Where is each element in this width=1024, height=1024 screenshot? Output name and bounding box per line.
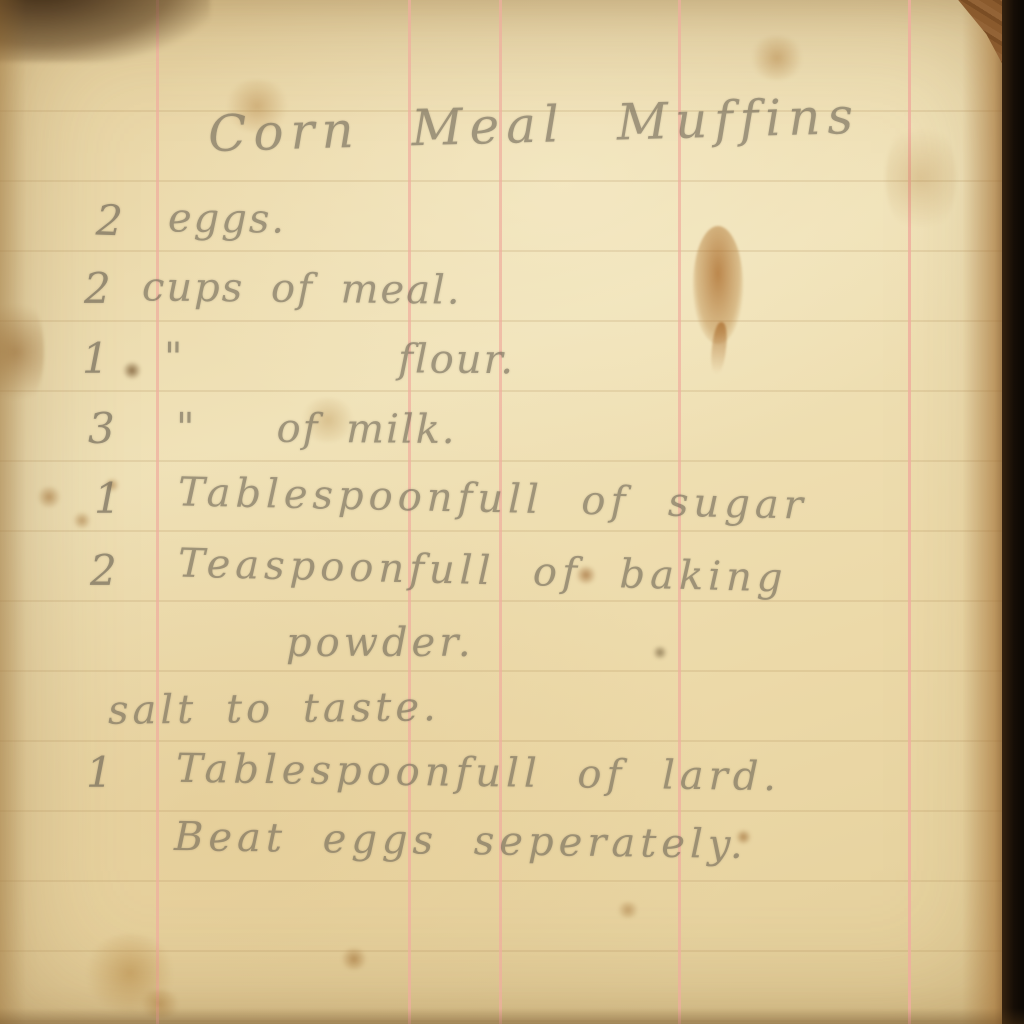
ledger-rule-line xyxy=(908,0,911,1024)
ledger-rule-line xyxy=(156,0,159,1024)
page-edge-shade xyxy=(0,0,26,1024)
ledger-rule-line xyxy=(499,0,502,1024)
ledger-page: Corn Meal Muffins 2 eggs. 2 cups of meal… xyxy=(0,0,1024,1024)
ledger-rule-line xyxy=(678,0,681,1024)
photo-of-recipe-page: Corn Meal Muffins 2 eggs. 2 cups of meal… xyxy=(0,0,1024,1024)
horizontal-rule-lines xyxy=(0,0,1024,1024)
ledger-rule-line xyxy=(408,0,411,1024)
book-edge-shadow xyxy=(1002,0,1024,1024)
page-corner-shadow xyxy=(0,0,210,62)
page-bottom-shade xyxy=(0,1008,1024,1024)
